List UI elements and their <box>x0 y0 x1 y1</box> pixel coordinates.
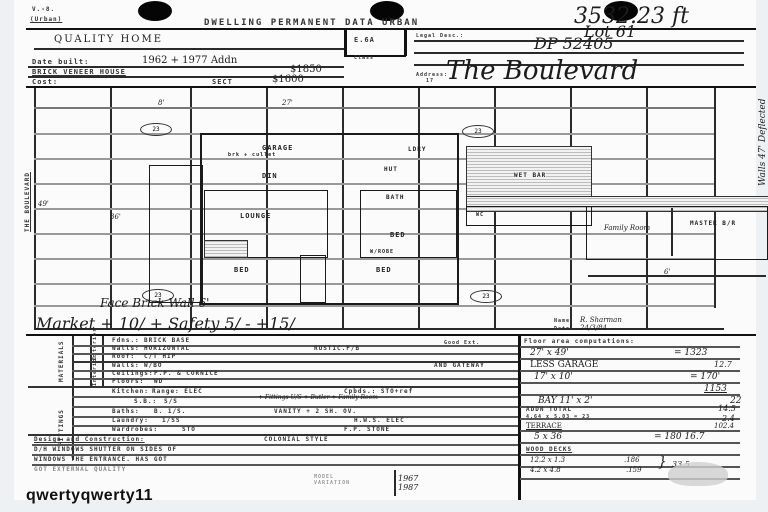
area-expr: LESS GARAGE <box>530 360 598 370</box>
area-result: = 170' <box>690 372 720 382</box>
address-number: 17 <box>426 78 434 84</box>
fitting-label: Kitchen: <box>112 388 149 395</box>
material-note: AND GATEWAY <box>434 362 485 369</box>
fitting-label: S.B.: <box>134 398 157 405</box>
fitting-value: 1/SS <box>162 417 180 424</box>
dim-label: 8' <box>158 99 164 107</box>
wood-decks-label: WOOD DECKS <box>526 446 572 453</box>
floor-area-label: Floor area computations: <box>524 338 635 345</box>
material-label: Walls: <box>112 362 140 369</box>
class-label: Class <box>354 55 374 61</box>
dim-label: 49' <box>38 200 49 208</box>
area-result: 1153 <box>704 384 727 394</box>
wood-result: .186 <box>624 456 640 464</box>
area-expr: ADDN TOTAL <box>526 406 572 413</box>
name-value: R. Sharman <box>580 316 622 324</box>
room-label: BATH <box>386 194 404 201</box>
material-extra: Good Ext. <box>444 340 480 346</box>
date-built-label: Date built: <box>32 58 89 66</box>
wood-result: .159 <box>626 466 642 474</box>
watermark-text: qwertyqwerty11 <box>26 487 153 505</box>
area-expr: 17' x 10' <box>534 372 573 382</box>
area-result: = 1323 <box>674 348 707 358</box>
address-street: The Boulevard <box>446 56 638 86</box>
room-label: brk + cullet <box>228 152 276 158</box>
form-code: V.-8. <box>32 6 55 13</box>
dim-label: 6' <box>664 268 670 276</box>
material-label: Floors: <box>112 378 144 385</box>
material-label: Walls: <box>112 345 140 352</box>
area-expr: 27' x 49' <box>530 348 569 358</box>
area-result: 14.5 <box>718 404 736 413</box>
fitting-note: H.W.S. ELEC <box>354 417 405 424</box>
fitting-note: F.P. STONE <box>344 426 390 433</box>
room-label: LOUNGE <box>240 212 271 220</box>
design-line: COLONIAL STYLE <box>264 436 329 443</box>
room-label: LDRY <box>408 146 426 153</box>
watermark-logo <box>668 462 728 486</box>
area-expr: TERRACE <box>526 422 562 430</box>
design-line: D/H WINDOWS SHUTTER ON SIDES OF <box>34 446 177 453</box>
fitting-note: VANITY + 2 SH. OV. <box>274 408 357 415</box>
area-expr: BAY 11' x 2' <box>538 396 592 406</box>
fitting-value: B. 1/S. <box>154 408 186 415</box>
area-result: = 180 16.7 <box>654 432 704 442</box>
area-expr: 4.64 x 5.03 = 23 <box>526 414 590 420</box>
sect-label: SECT <box>212 78 233 86</box>
fitting-label: Wardrobes: <box>112 426 158 433</box>
material-value: C/T HIP <box>144 353 176 360</box>
dim-label: 27' <box>282 99 293 107</box>
construction-type: BRICK VENEER HOUSE <box>32 68 126 76</box>
material-value: HORIZONTAL <box>144 345 190 352</box>
date-built-value: 1962 + 1977 Addn <box>142 55 237 66</box>
room-label: BED <box>376 266 392 274</box>
property-record-card: V.-8. (Urban) DWELLING PERMANENT DATA UR… <box>14 0 756 500</box>
design-label: Design and Construction: <box>34 436 145 443</box>
legal-dp: DP 52405 <box>534 34 614 53</box>
area-result: 102.4 <box>714 422 734 430</box>
material-value: WD <box>154 378 163 385</box>
material-label: Fdns.: <box>112 337 140 344</box>
date-value: 24/3/84 <box>580 324 607 332</box>
area-result: 12.7 <box>714 360 732 369</box>
materials-label: MATERIALS <box>58 340 65 382</box>
design-line: GOT EXTERNAL QUALITY <box>34 466 126 473</box>
quality-value: QUALITY HOME <box>54 34 163 45</box>
class-value: E.6A <box>354 36 375 44</box>
cost-label: Cost: <box>32 78 58 86</box>
date-label: Date: <box>554 326 574 332</box>
fitting-value: STO <box>182 426 196 433</box>
room-label: Family Room <box>604 224 650 232</box>
room-label: HUT <box>384 166 398 173</box>
room-label: WC <box>476 212 484 218</box>
material-value: F.P. & CORNICE <box>154 370 219 377</box>
material-value: BRICK BASE <box>144 337 190 344</box>
survey-marker: 23 <box>462 125 494 138</box>
form-title: DWELLING PERMANENT DATA URBAN <box>204 18 419 28</box>
name-label: Name: <box>554 318 574 324</box>
room-label: DIN <box>262 172 278 180</box>
punch-hole <box>138 1 172 21</box>
survey-marker: 23 <box>470 290 502 303</box>
room-label: BED <box>234 266 250 274</box>
room-label: WET BAR <box>514 172 546 179</box>
valuation-line: Market + 10/ + Safety 5/ - +15/ <box>36 314 295 333</box>
fitting-value: S/S <box>164 398 178 405</box>
fitting-note: + Fittings U/S + Butler + Family Room <box>258 394 378 401</box>
room-label: MASTER B/R <box>690 220 736 227</box>
legal-label: Legal Desc.: <box>416 33 464 39</box>
room-label: W/ROBE <box>370 249 394 255</box>
material-value: W/BO <box>144 362 162 369</box>
model-variation-value: 1967 1987 <box>398 474 438 492</box>
area-expr: 5 x 36 <box>534 432 562 442</box>
wood-expr: 4.2 x 4.8 <box>530 466 561 474</box>
fitting-label: Baths: <box>112 408 140 415</box>
side-note: Walls 47' Deflected <box>758 99 768 186</box>
design-line: WINDOWS THE ENTRANCE. HAS GOT <box>34 456 168 463</box>
survey-marker: 23 <box>140 123 172 136</box>
material-note: RUSTIC.F/B <box>314 345 360 352</box>
wood-total: } <box>658 454 667 470</box>
street-label: THE BOULEVARD <box>24 172 31 232</box>
fitting-label: Laundry: <box>112 417 149 424</box>
form-type: (Urban) <box>30 16 62 23</box>
fitting-value: Range: ELEC <box>152 388 203 395</box>
material-label: Roof: <box>112 353 135 360</box>
room-label: GARAGE <box>262 144 293 152</box>
wood-expr: 12.2 x 1.3 <box>530 456 565 464</box>
material-label: Ceilings: <box>112 370 154 377</box>
fence-note: Face Brick Wall 6' <box>100 296 209 310</box>
dim-label: 36' <box>110 213 121 221</box>
room-label: BED <box>390 231 406 239</box>
model-variation-label: MODEL VARIATION <box>314 474 374 486</box>
